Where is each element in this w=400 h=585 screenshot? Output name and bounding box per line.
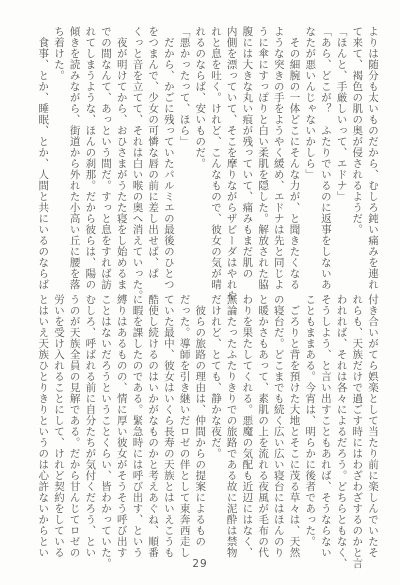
text-column: われれば、それは各々によるだろう。どちらともなく、 bbox=[333, 294, 349, 564]
text-column: 労いを受け入れることにして、けれど契約をしている bbox=[50, 294, 66, 564]
text-column: 夜が明けてから、おひさまがうたた寝をし始めるま bbox=[113, 26, 129, 296]
text-column: その細腕の一体どこにそんな力が、と聞きたくなる bbox=[286, 26, 302, 296]
text-column: に暇を課したのである。緊急時には呼び出す、という bbox=[129, 294, 145, 564]
vertical-text-block-top: よりは随分も太いものだから、むしろ鈍い痛みを連れて来て、褐色の肌の奥が侵されるよ… bbox=[35, 26, 380, 296]
text-column: くっと音を立てて、それは白い喉の奥へ消えていった。 bbox=[129, 26, 145, 296]
text-column: と暖かさもあって、素肌の上を流れる夜風が毛布の代 bbox=[254, 294, 270, 564]
text-column: そうしよう、と言い出すこともあれば、そうならない bbox=[317, 294, 333, 564]
text-column: 彼らの旅路の理由は、仲間からの提案によるもの bbox=[192, 294, 208, 564]
text-column: 腹には大きな丸い痕が残っていて、痛みもまだ肌の bbox=[239, 26, 255, 296]
text-column: 縛りはあるものの、情に厚い彼女がそうそう呼び出す bbox=[113, 294, 129, 564]
text-column: うのが天族全員の見解である。だから甘んじてロゼの bbox=[66, 294, 82, 564]
text-column: れらも、天族だけで過ごす時にはわざわざするのかと言 bbox=[349, 294, 365, 564]
text-column: れてしまうような、ほんの刹那。だから彼らは、陽の bbox=[82, 26, 98, 296]
text-column: とはいえ天族ひとりきりというのは心許ないからとい bbox=[35, 294, 51, 564]
page-number: 29 bbox=[0, 558, 400, 570]
text-column: 「あら、どこが？ ふたりでいるのに返事をしないあ bbox=[317, 26, 333, 296]
text-column: だった。導師を引き継いだロゼの伴として東奔西走し bbox=[176, 294, 192, 564]
text-column: なたが悪いんじゃないかしら」 bbox=[301, 26, 317, 296]
text-column: ごろりと背を預けた大地とそこに茂る草々は、天然 bbox=[286, 294, 302, 564]
text-column: 内側を漂っていて、そこを摩りながらザビーダはやれや bbox=[223, 26, 239, 296]
text-column: ていた最中、彼女はいくら長寿の天族とはいえこうも bbox=[160, 294, 176, 564]
text-column: 傾きを読みながら、街道から外れた小高い丘に腰を落 bbox=[66, 26, 82, 296]
text-column: 「ほんと、手厳しいって、エドナ」 bbox=[333, 26, 349, 296]
text-column: わりを果たしてくれる。悪魔の気配も近辺にはなく、 bbox=[239, 294, 255, 564]
text-column: だけれど、とても、静かな夜だ。 bbox=[207, 294, 223, 564]
text-column: 食事、とか、睡眠、とか、人間と共にいるのならば bbox=[35, 26, 51, 296]
text-column: 無論たったふたりきりでの旅路である故に泥酔は禁物 bbox=[223, 294, 239, 564]
text-column: れるのならば、安いものだ。 bbox=[192, 26, 208, 296]
text-column: をつまんで、少女の可憐な唇の前に差し出せば、ぱ bbox=[144, 26, 160, 296]
text-column: よりは随分も太いものだから、むしろ鈍い痛みを連れ bbox=[364, 26, 380, 296]
text-column: て来て、褐色の肌の奥が侵されるようだ。 bbox=[349, 26, 365, 296]
text-column: ような突きの手をようやく緩め、エドナは先と同じよ bbox=[270, 26, 286, 296]
text-column: 付き合いがてら娯楽として当たり前に楽しんでいたそ bbox=[364, 294, 380, 564]
text-column: こともままある。今宵は、明らかに後者であった。 bbox=[301, 294, 317, 564]
vertical-text-block-bottom: 付き合いがてら娯楽として当たり前に楽しんでいたそれらも、天族だけで過ごす時にはわ… bbox=[35, 294, 380, 564]
text-column: うに傘にすっぽりと白い柔肌を隠した。解放された脇 bbox=[254, 26, 270, 296]
text-column: だから、かごに残っていたパルミエの最後のひとつ bbox=[160, 26, 176, 296]
text-column: むしろ、呼ばれる前に自分たちが気付くだろう、とい bbox=[82, 294, 98, 564]
text-column: れと息を吐く。けれど、こんなもので、彼女の気が晴 bbox=[207, 26, 223, 296]
text-column: の寝台だ。どこまでも続く広い広い寝台にはほんのり bbox=[270, 294, 286, 564]
text-column: ことはないだろうということくらい、皆わかっていた。 bbox=[97, 294, 113, 564]
text-column: 「悪かったって、ほら」 bbox=[176, 26, 192, 296]
book-page: よりは随分も太いものだから、むしろ鈍い痛みを連れて来て、褐色の肌の奥が侵されるよ… bbox=[0, 0, 400, 585]
text-column: ち着けた。 bbox=[50, 26, 66, 296]
text-column: 酷使し続けるのはいかがなものかと考えあぐね、順番 bbox=[144, 294, 160, 564]
text-column: での間なんて、あっという間だ。すっと息をすれば訪 bbox=[97, 26, 113, 296]
